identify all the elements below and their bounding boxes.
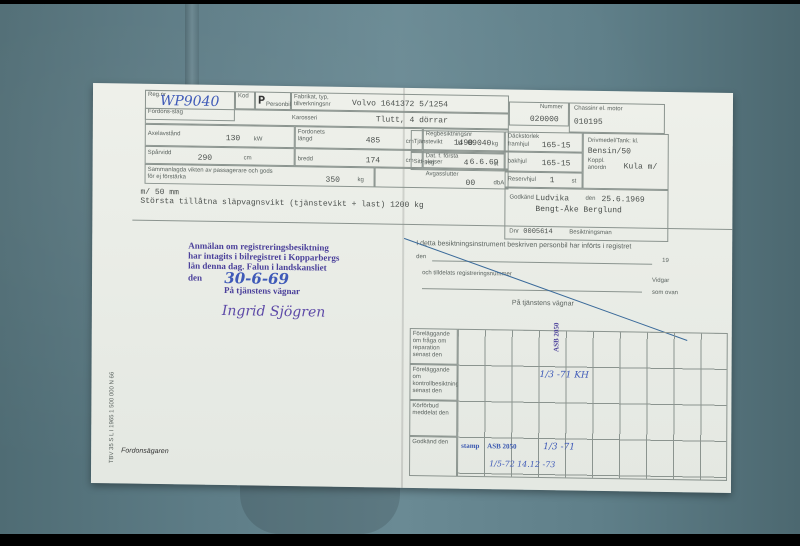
fabric-fold — [240, 484, 400, 534]
registration-stamp: Anmälan om registreringsbesiktning har i… — [188, 240, 358, 297]
stamp-date-handwritten: 30-6-69 — [224, 269, 289, 288]
length-cell: Fordonets längd 485 cm — [295, 126, 423, 150]
make-value: Volvo 1641372 5/1254 — [352, 99, 448, 110]
grid-cells — [457, 329, 728, 481]
body-value: Tlutt, 4 dörrar — [376, 115, 448, 125]
width-cell: bredd 174 cm — [295, 148, 423, 168]
vehicle-registration-document: Reg.nr WP9040 Fordons-slag Kod P Personb… — [91, 83, 733, 493]
spare-cell: Reservhjul 1 st — [505, 171, 583, 188]
tire-front-cell: Däckstorlek framhjul 165-15 — [505, 131, 583, 152]
owner-label: Fordonsägaren — [121, 447, 169, 455]
kod-cell: Kod — [235, 91, 255, 109]
signature: Ingrid Sjögren — [222, 303, 326, 321]
tire-rear-cell: bakhjul 165-15 — [505, 151, 583, 172]
fuel-coupling-cell: Drivmedel/Tank: kl. Bensin/50 Koppl. ano… — [583, 133, 669, 190]
inspection-grid: Föreläggande om fråga om reparation sena… — [409, 328, 728, 483]
approval-date: 25.6.1969 — [601, 195, 644, 205]
fabric-background: Reg.nr WP9040 Fordons-slag Kod P Personb… — [0, 4, 800, 534]
load-cell: Sammanlagda vikten av passagerare och go… — [145, 164, 375, 188]
note-line-2: Största tillåtna släpvagnsvikt (tjänstev… — [140, 197, 423, 210]
weight-cell: Tjänstevikt 1490 kg — [411, 130, 505, 153]
number-cell: Nummer 020000 — [509, 102, 569, 127]
wheelbase-cell: Axelavstånd 130 kW — [145, 124, 295, 148]
track-cell: Spårvidd 290 cm — [145, 146, 295, 166]
chassis-cell: Chassinr el. motor 010195 — [569, 102, 665, 134]
inspector-name: Bengt-Åke Berglund — [535, 205, 621, 215]
approval-cell: Godkänd Ludvika den 25.6.1969 Bengt-Åke … — [504, 187, 668, 242]
seats-cell: Sitt-platser 4 st — [411, 152, 505, 171]
approval-place: Ludvika — [535, 194, 569, 204]
category-box: P Personbil — [255, 92, 291, 111]
printer-mark: TBV 35 S L I 1965 1 500 000 N 66 — [109, 343, 117, 463]
asb-stamp: ASB 2050 — [551, 323, 561, 353]
